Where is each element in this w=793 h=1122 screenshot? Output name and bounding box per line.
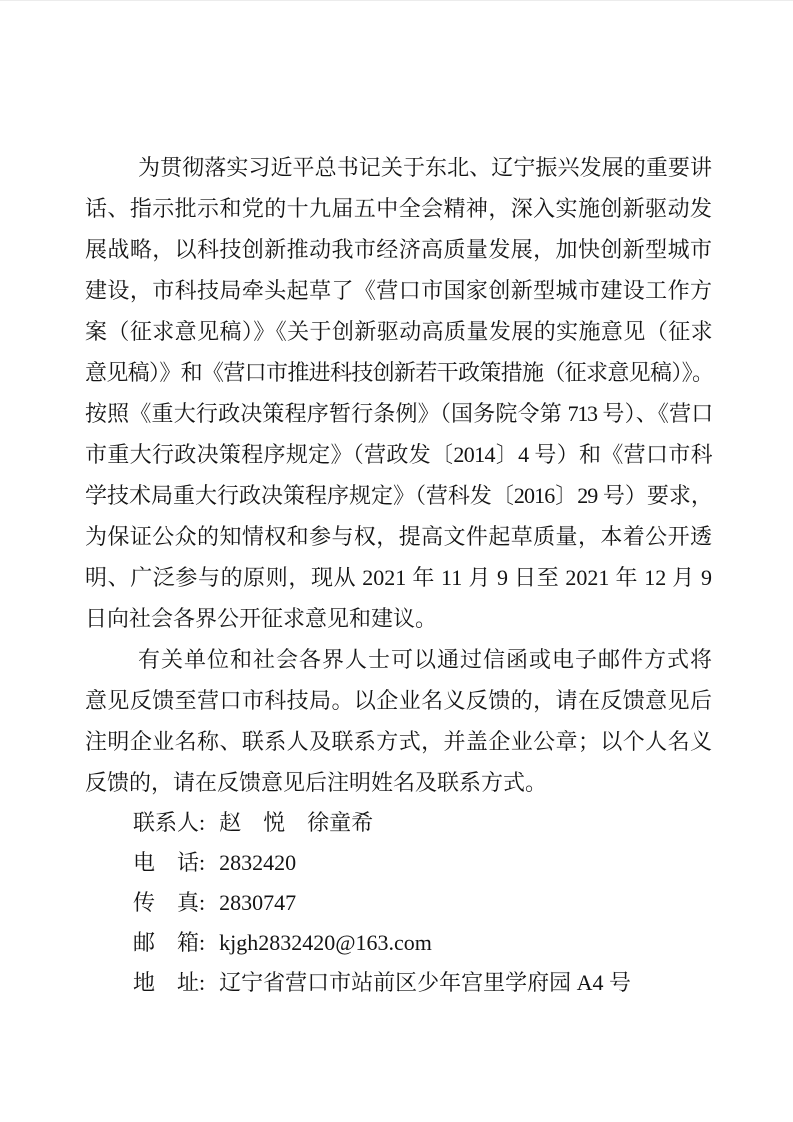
text-line: 为保证公众的知情权和参与权，提高文件起草质量，本着公开透: [85, 516, 712, 557]
contact-row-email: 邮 箱:kjgh2832420@163.com: [85, 923, 712, 963]
contact-value: 辽宁省营口市站前区少年宫里学府园 A4 号: [219, 970, 631, 995]
text-line: 话、指示批示和党的十九届五中全会精神，深入实施创新驱动发: [85, 188, 712, 229]
contact-label: 电 话:: [133, 850, 205, 875]
text-line: 建设，市科技局牵头起草了《营口市国家创新型城市建设工作方: [85, 270, 712, 311]
text-line: 反馈的，请在反馈意见后注明姓名及联系方式。: [85, 762, 712, 803]
contact-label: 联系人:: [133, 810, 205, 835]
text-line: 有关单位和社会各界人士可以通过信函或电子邮件方式将: [85, 639, 712, 680]
text-line: 展战略，以科技创新推动我市经济高质量发展，加快创新型城市: [85, 229, 712, 270]
text-line: 市重大行政决策程序规定》（营政发〔2014〕4 号）和《营口市科: [85, 434, 712, 475]
contact-value: 赵 悦 徐童希: [219, 810, 373, 835]
contact-label: 邮 箱:: [133, 930, 205, 955]
contact-value: 2830747: [219, 890, 296, 915]
text-line: 为贯彻落实习近平总书记关于东北、辽宁振兴发展的重要讲: [85, 147, 712, 188]
text-line: 学技术局重大行政决策程序规定》（营科发〔2016〕29 号）要求，: [85, 475, 712, 516]
text-line: 按照《重大行政决策程序暂行条例》（国务院令第 713 号）、《营口: [85, 393, 712, 434]
contact-value: 2832420: [219, 850, 296, 875]
document-body: 为贯彻落实习近平总书记关于东北、辽宁振兴发展的重要讲 话、指示批示和党的十九届五…: [85, 147, 712, 1003]
text-line: 明、广泛参与的原则，现从 2021 年 11 月 9 日至 2021 年 12 …: [85, 557, 712, 598]
contact-label: 地 址:: [133, 970, 205, 995]
text-line: 日向社会各界公开征求意见和建议。: [85, 598, 712, 639]
contact-row-person: 联系人:赵 悦 徐童希: [85, 803, 712, 843]
contact-value: kjgh2832420@163.com: [219, 930, 432, 955]
contact-row-fax: 传 真:2830747: [85, 883, 712, 923]
text-line: 注明企业名称、联系人及联系方式，并盖企业公章；以个人名义: [85, 721, 712, 762]
text-line: 意见反馈至营口市科技局。以企业名义反馈的，请在反馈意见后: [85, 680, 712, 721]
text-line: 意见稿）》和《营口市推进科技创新若干政策措施（征求意见稿）》。: [85, 352, 712, 393]
paragraph-intro: 为贯彻落实习近平总书记关于东北、辽宁振兴发展的重要讲 话、指示批示和党的十九届五…: [85, 147, 712, 639]
document-page: 为贯彻落实习近平总书记关于东北、辽宁振兴发展的重要讲 话、指示批示和党的十九届五…: [0, 0, 793, 1122]
text-line: 案（征求意见稿）》《关于创新驱动高质量发展的实施意见（征求: [85, 311, 712, 352]
contact-section: 联系人:赵 悦 徐童希 电 话:2832420 传 真:2830747 邮 箱:…: [85, 803, 712, 1003]
contact-row-address: 地 址:辽宁省营口市站前区少年宫里学府园 A4 号: [85, 963, 712, 1003]
contact-row-phone: 电 话:2832420: [85, 843, 712, 883]
paragraph-feedback-instructions: 有关单位和社会各界人士可以通过信函或电子邮件方式将 意见反馈至营口市科技局。以企…: [85, 639, 712, 803]
contact-label: 传 真:: [133, 890, 205, 915]
